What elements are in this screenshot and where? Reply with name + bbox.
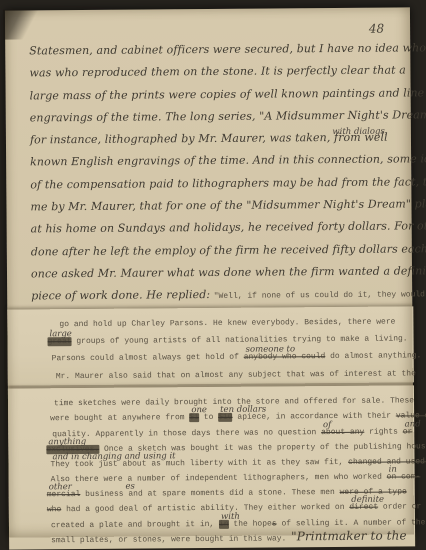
handwritten-text: "Printmaker to the [291, 528, 407, 543]
handwritten-line: piece of work done. He replied: "Well, i… [31, 281, 412, 306]
handwritten-line: for instance, lithographed by Mr. Maurer… [30, 125, 411, 150]
handwritten-line: once asked Mr. Maurer what was done when… [31, 258, 412, 283]
handwritten-text: engravings of the time. The long series,… [30, 108, 426, 124]
pasted-typed-strip-2: time sketches were daily brought into th… [8, 386, 415, 550]
handwritten-text: piece of work done. He replied: [31, 288, 214, 302]
handwritten-line: engravings of the time. The long series,… [30, 102, 411, 127]
handwritten-text: was who reproduced them on the stone. It… [29, 64, 406, 80]
handwritten-line: done after he left the employ of the fir… [31, 236, 412, 261]
handwritten-section: Statesmen, and cabinet officers were sec… [29, 35, 412, 306]
typewritten-text: Mr. Maurer also said that on almost any … [56, 369, 416, 381]
typewritten-text: "Well, if none of us could do it, they w… [214, 291, 425, 302]
handwritten-text: me by Mr. Maurer, that for one of the "M… [30, 197, 426, 214]
typewritten-text: do almost anything. [325, 352, 421, 362]
typed-strip-2-line: small plates, or stones, were bought in … [47, 526, 415, 544]
handwritten-text: of the compensation paid to lithographer… [30, 175, 426, 191]
pasted-typed-strip-1: go and hold up Charley Parsons. He knew … [7, 306, 414, 386]
handwritten-text: at his home on Sundays and holidays, he … [31, 219, 426, 235]
manuscript-page: 48 Statesmen, and cabinet officers were … [5, 7, 414, 537]
typed-strip-1-line: Mr. Maurer also said that on almost any … [46, 361, 414, 381]
handwritten-line: known English engravings of the time. An… [30, 147, 411, 172]
handwritten-text: for instance, lithographed by Mr. Maurer… [30, 131, 331, 146]
handwritten-line: Statesmen, and cabinet officers were sec… [29, 35, 410, 60]
handwritten-text: Statesmen, and cabinet officers were sec… [29, 41, 426, 57]
handwritten-text: large mass of the prints were copies of … [30, 86, 425, 102]
page-content: Statesmen, and cabinet officers were sec… [5, 7, 414, 549]
handwritten-line: me by Mr. Maurer, that for one of the "M… [30, 191, 411, 216]
handwritten-line: was who reproduced them on the stone. It… [29, 58, 410, 83]
handwritten-text: done after he left the employ of the fir… [31, 242, 426, 258]
typewritten-text: small plates, or stones, were bought in … [51, 534, 291, 545]
handwritten-line: of the compensation paid to lithographer… [30, 169, 411, 194]
page-background: { "page": { "page_number": "48", "colors… [0, 0, 426, 550]
handwritten-text: known English engravings of the time. An… [30, 153, 426, 169]
page-number: 48 [369, 22, 384, 36]
handwritten-line: at his home on Sundays and holidays, he … [31, 214, 412, 239]
handwritten-line: large mass of the prints were copies of … [30, 80, 411, 105]
handwritten-text: once asked Mr. Maurer what was done when… [31, 264, 426, 280]
